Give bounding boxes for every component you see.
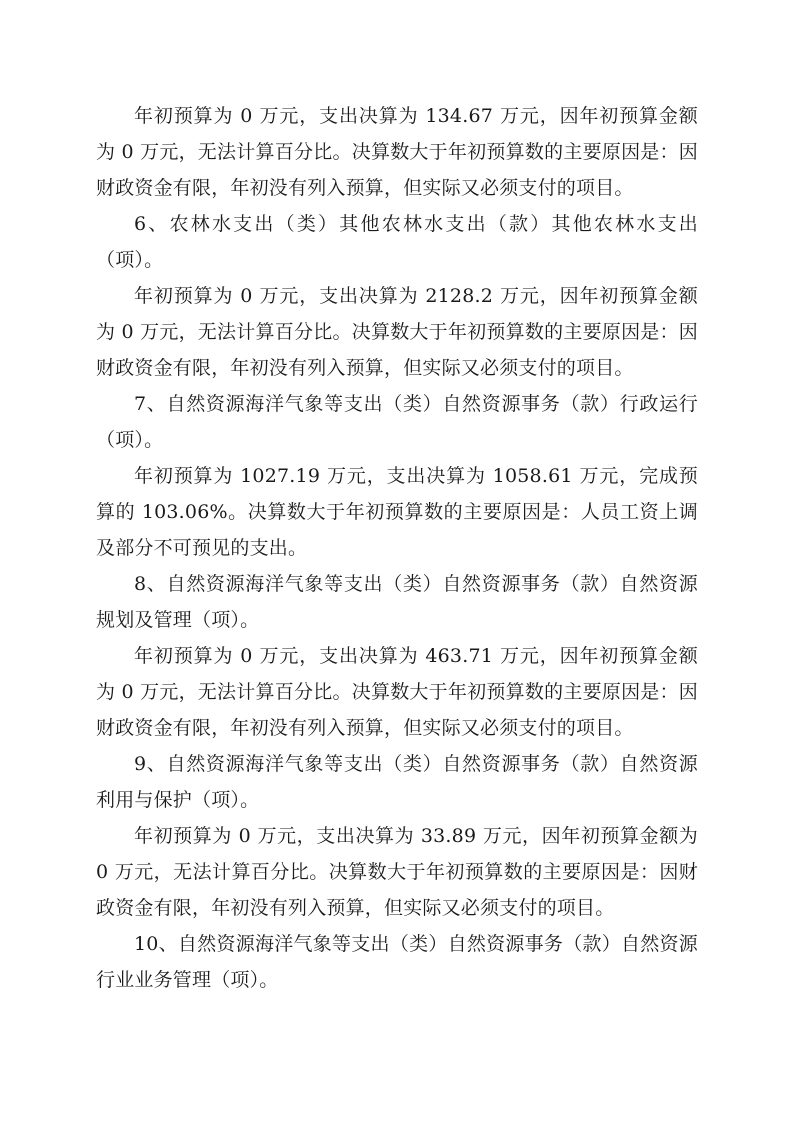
paragraph-budget-note: 年初预算为 0 万元，支出决算为 463.71 万元，因年初预算金额为 0 万元… xyxy=(96,638,698,746)
document-page: 年初预算为 0 万元，支出决算为 134.67 万元，因年初预算金额为 0 万元… xyxy=(96,98,698,998)
paragraph-budget-note: 年初预算为 0 万元，支出决算为 33.89 万元，因年初预算金额为 0 万元，… xyxy=(96,818,698,926)
section-heading-10: 10、自然资源海洋气象等支出（类）自然资源事务（款）自然资源行业业务管理（项）。 xyxy=(96,926,698,998)
section-heading-9: 9、自然资源海洋气象等支出（类）自然资源事务（款）自然资源利用与保护（项）。 xyxy=(96,746,698,818)
section-heading-8: 8、自然资源海洋气象等支出（类）自然资源事务（款）自然资源规划及管理（项）。 xyxy=(96,566,698,638)
paragraph-budget-note: 年初预算为 1027.19 万元，支出决算为 1058.61 万元，完成预算的 … xyxy=(96,458,698,566)
paragraph-budget-note: 年初预算为 0 万元，支出决算为 134.67 万元，因年初预算金额为 0 万元… xyxy=(96,98,698,206)
paragraph-budget-note: 年初预算为 0 万元，支出决算为 2128.2 万元，因年初预算金额为 0 万元… xyxy=(96,278,698,386)
section-heading-7: 7、自然资源海洋气象等支出（类）自然资源事务（款）行政运行（项）。 xyxy=(96,386,698,458)
section-heading-6: 6、农林水支出（类）其他农林水支出（款）其他农林水支出（项）。 xyxy=(96,206,698,278)
